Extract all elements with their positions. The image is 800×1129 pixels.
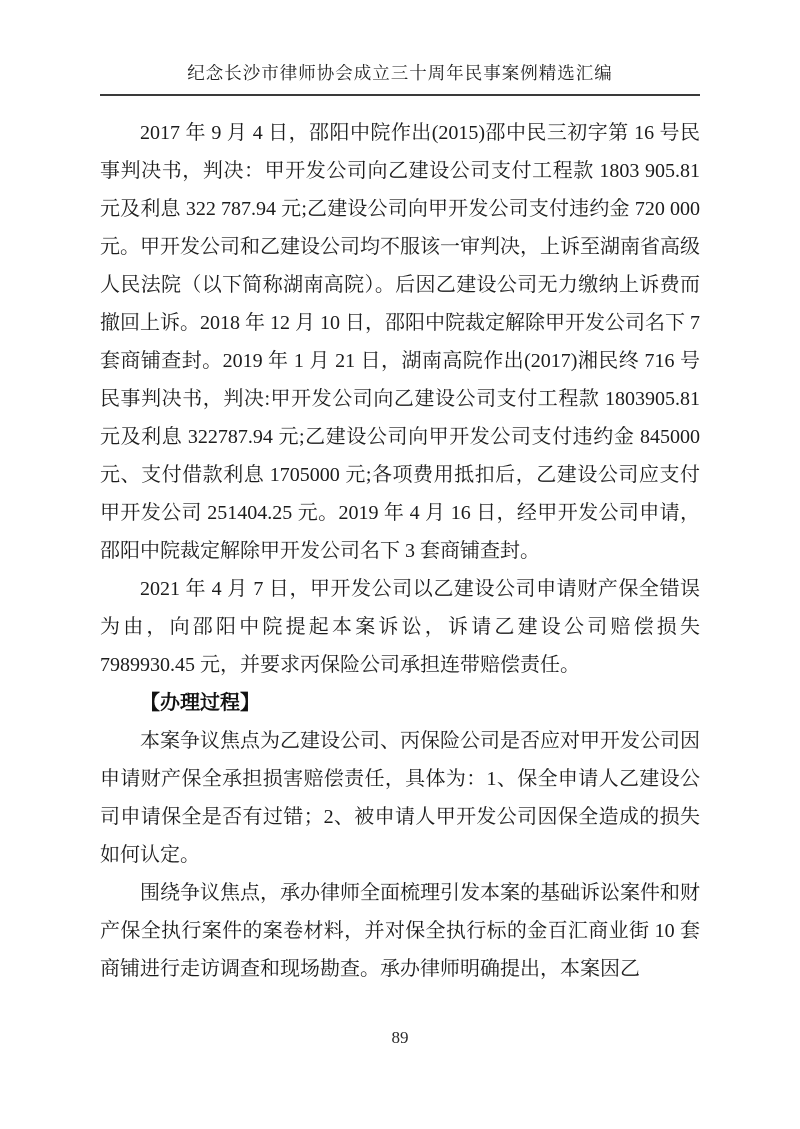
page-header: 纪念长沙市律师协会成立三十周年民事案例精选汇编 <box>100 60 700 96</box>
page-footer: 89 <box>100 1028 700 1048</box>
document-body: 2017 年 9 月 4 日，邵阳中院作出(2015)邵中民三初字第 16 号民… <box>100 114 700 988</box>
section-heading-handling-process: 【办理过程】 <box>100 684 700 722</box>
paragraph-lawsuit-2021: 2021 年 4 月 7 日，甲开发公司以乙建设公司申请财产保全错误为由，向邵阳… <box>100 570 700 684</box>
paragraph-lawyer-investigation: 围绕争议焦点，承办律师全面梳理引发本案的基础诉讼案件和财产保全执行案件的案卷材料… <box>100 874 700 988</box>
paragraph-judgment-2017: 2017 年 9 月 4 日，邵阳中院作出(2015)邵中民三初字第 16 号民… <box>100 114 700 570</box>
page-header-title: 纪念长沙市律师协会成立三十周年民事案例精选汇编 <box>100 60 700 85</box>
page-number: 89 <box>392 1028 409 1047</box>
document-page: 纪念长沙市律师协会成立三十周年民事案例精选汇编 2017 年 9 月 4 日，邵… <box>0 0 800 1129</box>
paragraph-dispute-focus: 本案争议焦点为乙建设公司、丙保险公司是否应对甲开发公司因申请财产保全承担损害赔偿… <box>100 722 700 874</box>
